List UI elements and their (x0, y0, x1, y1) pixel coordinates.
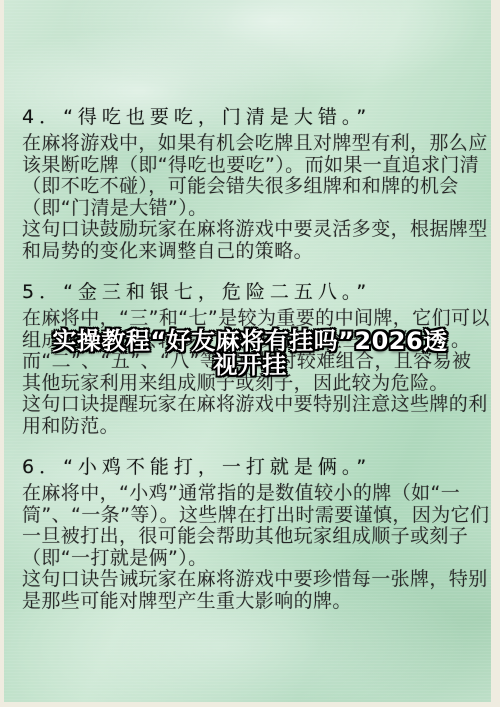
tip-6-body: 在麻将中，“小鸡”通常指的是数值较小的牌（如“一筒”、“一条”等）。这些牌在打出… (22, 483, 490, 612)
watermark-overlay-text: 实操教程“好友麻将有挂吗”2026透 视开挂 (40, 329, 460, 377)
watermark-line-2: 视开挂 (40, 353, 460, 377)
mahjong-tips-image: 4．“得吃也要吃，门清是大错。” 在麻将游戏中，如果有机会吃牌且对牌型有利，那么… (0, 0, 500, 707)
watermark-line-1: 实操教程“好友麻将有挂吗”2026透 (40, 329, 460, 353)
section-tip-6: 6．“小鸡不能打，一打就是俩。” 在麻将中，“小鸡”通常指的是数值较小的牌（如“… (22, 454, 490, 612)
tip-6-paragraph-explanation: 在麻将中，“小鸡”通常指的是数值较小的牌（如“一筒”、“一条”等）。这些牌在打出… (22, 483, 490, 569)
tip-4-paragraph-explanation: 在麻将游戏中，如果有机会吃牌且对牌型有利，那么应该果断吃牌（即“得吃也要吃”）。… (22, 133, 490, 219)
section-tip-4: 4．“得吃也要吃，门清是大错。” 在麻将游戏中，如果有机会吃牌且对牌型有利，那么… (22, 104, 490, 262)
tip-4-paragraph-summary: 这句口诀鼓励玩家在麻将游戏中要灵活多变，根据牌型和局势的变化来调整自己的策略。 (22, 219, 490, 262)
tip-4-body: 在麻将游戏中，如果有机会吃牌且对牌型有利，那么应该果断吃牌（即“得吃也要吃”）。… (22, 133, 490, 262)
tip-6-heading: 6．“小鸡不能打，一打就是俩。” (22, 454, 490, 480)
tip-5-paragraph-summary: 这句口诀提醒玩家在麻将游戏中要特别注意这些牌的利用和防范。 (22, 394, 490, 437)
tip-6-paragraph-summary: 这句口诀告诫玩家在麻将游戏中要珍惜每一张牌，特别是那些可能对牌型产生重大影响的牌… (22, 569, 490, 612)
tip-4-heading: 4．“得吃也要吃，门清是大错。” (22, 104, 490, 130)
tip-5-heading: 5．“金三和银七，危险二五八。” (22, 279, 490, 305)
